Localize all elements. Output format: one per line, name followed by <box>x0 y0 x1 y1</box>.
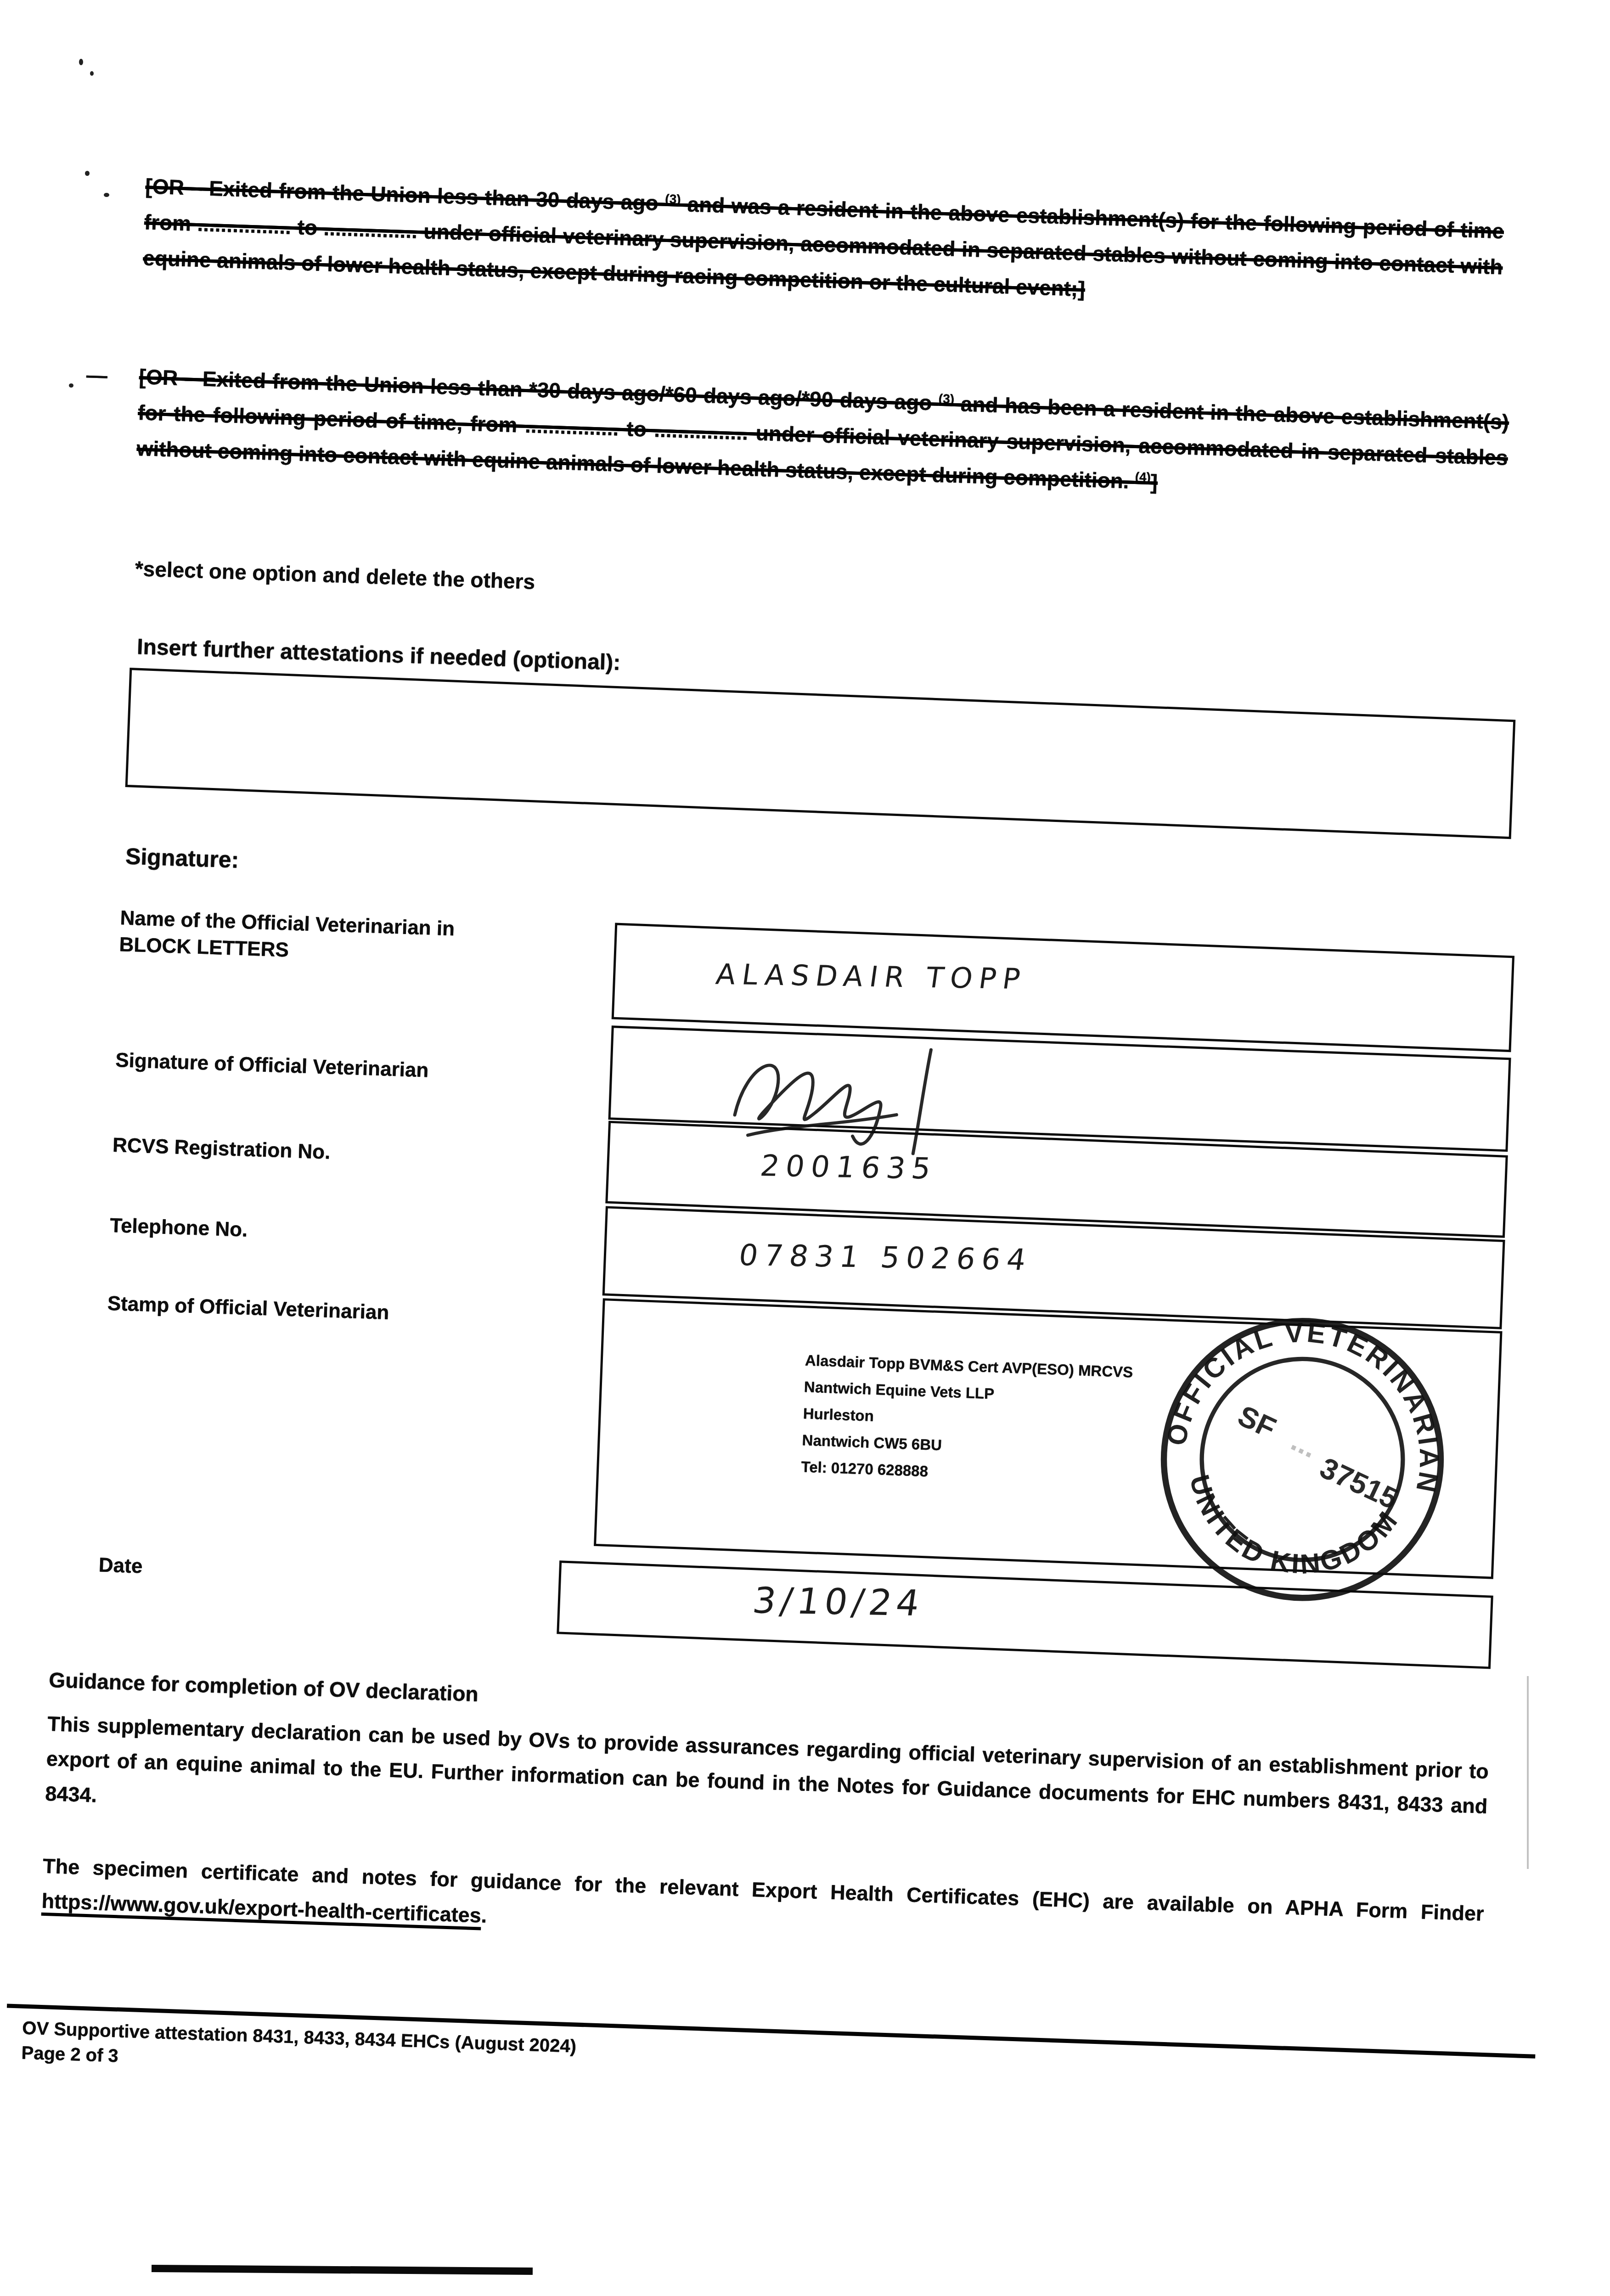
clause2-bracket-close: ] <box>1150 470 1158 494</box>
stamp-center-number: 37515 <box>1315 1451 1403 1516</box>
footnote-ref-3: (3) <box>665 191 681 206</box>
apha-form-finder-paragraph: The specimen certificate and notes for g… <box>41 1849 1484 1966</box>
name-of-ov-handwritten: ALASDAIR TOPP <box>714 957 1029 996</box>
further-attestations-heading: Insert further attestations if needed (o… <box>136 634 621 675</box>
svg-text:SF ... 37515: SF ... 37515 <box>1227 1399 1408 1515</box>
telephone-label: Telephone No. <box>110 1212 248 1244</box>
clause-exited-30-days: [OR – Exited from the Union less than 30… <box>142 168 1504 321</box>
scan-artifact-bar <box>152 2265 533 2275</box>
date-label: Date <box>98 1552 143 1580</box>
scan-speck <box>79 59 83 65</box>
vet-practice-stamp-text: Alasdair Topp BVM&S Cert AVP(ESO) MRCVS … <box>801 1347 1134 1492</box>
apha-paragraph-end: . <box>481 1904 487 1927</box>
stamp-center-prefix: SF <box>1233 1399 1281 1445</box>
footnote-ref-4: (4) <box>1135 470 1151 484</box>
signature-heading: Signature: <box>125 843 239 873</box>
stamp-of-ov-box: Alasdair Topp BVM&S Cert AVP(ESO) MRCVS … <box>594 1298 1502 1579</box>
scanned-page: [OR – Exited from the Union less than 30… <box>0 138 1565 2280</box>
stamp-of-ov-label: Stamp of Official Veterinarian <box>107 1290 389 1326</box>
telephone-handwritten: 07831 502664 <box>737 1238 1034 1277</box>
rcvs-number-handwritten: 2001635 <box>758 1149 939 1186</box>
official-veterinarian-round-stamp: OFFICIAL VETERINARIAN UNITED KINGDOM SF … <box>1130 1287 1475 1632</box>
signature-of-ov-label: Signature of Official Veterinarian <box>115 1047 429 1084</box>
export-health-certificates-link[interactable]: https://www.gov.uk/export-health-certifi… <box>41 1889 482 1930</box>
scan-artifact-tick <box>1527 1676 1529 1869</box>
date-handwritten: 3/10/24 <box>750 1580 927 1624</box>
clause1-text-cont: and was a resident in the above establis… <box>143 192 1504 301</box>
select-option-note: *select one option and delete the others <box>135 556 535 594</box>
further-attestations-box <box>125 668 1516 839</box>
scan-speck <box>90 71 94 76</box>
rcvs-registration-label: RCVS Registration No. <box>112 1132 331 1166</box>
name-of-ov-label: Name of the Official Veterinarian in BLO… <box>119 905 602 974</box>
clause2-margin-dash: — <box>86 357 108 393</box>
footnote-ref-3: (3) <box>938 391 954 406</box>
clause1-text: [OR – Exited from the Union less than 30… <box>145 174 665 215</box>
footer-page-number: Page 2 of 3 <box>21 2041 119 2069</box>
stamp-center-faint: ... <box>1286 1424 1323 1464</box>
clause-exited-30-60-90-days: [OR – Exited from the Union less than *3… <box>136 359 1509 512</box>
guidance-paragraph: This supplementary declaration can be us… <box>45 1706 1489 1859</box>
guidance-heading: Guidance for completion of OV declaratio… <box>49 1667 479 1706</box>
